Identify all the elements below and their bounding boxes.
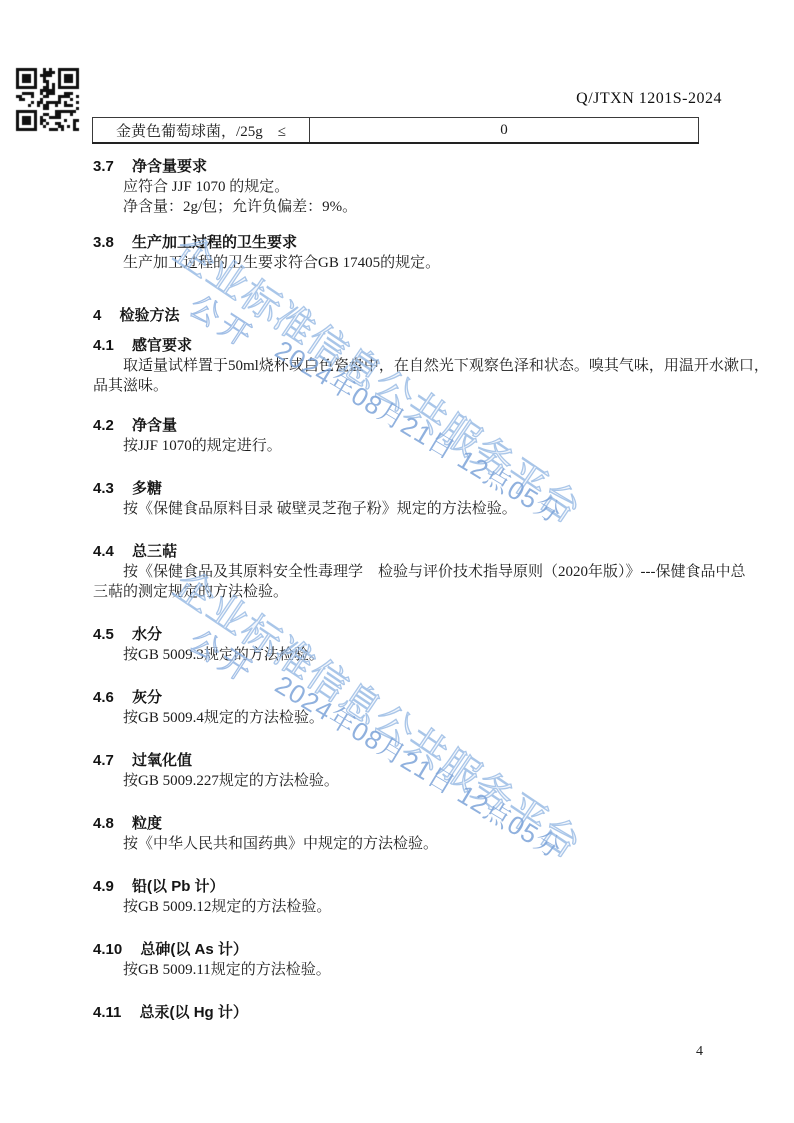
section: 4.5 水分 按GB 5009.3规定的方法检验。 [93,625,753,665]
section: 3.8 生产加工过程的卫生要求 生产加工过程的卫生要求符合GB 17405的规定… [93,233,753,273]
page-number: 4 [696,1044,703,1060]
body-line: 按JJF 1070的规定进行。 [93,436,753,456]
section-title: 净含量要求 [132,157,207,177]
section: 4.3 多糖 按《保健食品原料目录 破壁灵芝孢子粉》规定的方法检验。 [93,479,753,519]
section-number: 4 [93,306,101,326]
section: 4.8 粒度 按《中华人民共和国药典》中规定的方法检验。 [93,814,753,854]
body-line: 按GB 5009.227规定的方法检验。 [93,771,753,791]
section-title: 总汞(以 Hg 计） [140,1003,248,1023]
document-content: 3.7 净含量要求 应符合 JJF 1070 的规定。净含量：2g/包；允许负偏… [93,157,753,1023]
section: 4.1 感官要求 取适量试样置于50ml烧杯或白色瓷盘中，在自然光下观察色泽和状… [93,336,753,396]
section-number: 3.7 [93,157,114,177]
section-heading: 4.8 粒度 [93,814,753,834]
body-line: 按《保健食品原料目录 破壁灵芝孢子粉》规定的方法检验。 [93,499,753,519]
section-heading: 4 检验方法 [93,306,753,326]
section-number: 3.8 [93,233,114,253]
body-line: 生产加工过程的卫生要求符合GB 17405的规定。 [93,253,753,273]
standard-doc-number: Q/JTXN 1201S-2024 [576,90,722,108]
section: 4 检验方法 [93,306,753,326]
section-number: 4.7 [93,751,114,771]
section: 4.6 灰分 按GB 5009.4规定的方法检验。 [93,688,753,728]
section-heading: 4.3 多糖 [93,479,753,499]
spec-table: 金黄色葡萄球菌，/25g ≤0 [92,117,699,144]
section: 4.2 净含量 按JJF 1070的规定进行。 [93,416,753,456]
spec-table-body: 金黄色葡萄球菌，/25g ≤0 [93,118,699,144]
section-title: 检验方法 [120,306,180,326]
section-title: 灰分 [132,688,162,708]
section-heading: 4.4 总三萜 [93,542,753,562]
section-title: 铅(以 Pb 计） [132,877,225,897]
section-heading: 3.8 生产加工过程的卫生要求 [93,233,753,253]
section-number: 4.5 [93,625,114,645]
section-heading: 4.9 铅(以 Pb 计） [93,877,753,897]
table-row: 金黄色葡萄球菌，/25g ≤0 [93,118,699,144]
section-number: 4.11 [93,1003,121,1023]
section: 4.4 总三萜 按《保健食品及其原料安全性毒理学 检验与评价技术指导原则（202… [93,542,753,602]
section-heading: 4.7 过氧化值 [93,751,753,771]
body-line: 按《中华人民共和国药典》中规定的方法检验。 [93,834,753,854]
body-line: 按GB 5009.3规定的方法检验。 [93,645,753,665]
body-line: 三萜的测定规定的方法检验。 [93,582,753,602]
section-number: 4.4 [93,542,114,562]
section-title: 总三萜 [132,542,177,562]
section-number: 4.10 [93,940,122,960]
section-heading: 4.6 灰分 [93,688,753,708]
section-heading: 4.11 总汞(以 Hg 计） [93,1003,753,1023]
section-number: 4.8 [93,814,114,834]
body-line: 按GB 5009.4规定的方法检验。 [93,708,753,728]
body-line: 品其滋味。 [93,376,753,396]
section-title: 生产加工过程的卫生要求 [132,233,297,253]
section-title: 过氧化值 [132,751,192,771]
table-cell-item: 金黄色葡萄球菌，/25g ≤ [93,118,310,144]
section-title: 水分 [132,625,162,645]
body-line: 按《保健食品及其原料安全性毒理学 检验与评价技术指导原则（2020年版）》---… [93,562,753,582]
section-title: 感官要求 [132,336,192,356]
section: 4.9 铅(以 Pb 计） 按GB 5009.12规定的方法检验。 [93,877,753,917]
body-line: 按GB 5009.12规定的方法检验。 [93,897,753,917]
section-number: 4.3 [93,479,114,499]
section: 4.11 总汞(以 Hg 计） [93,1003,753,1023]
document-page: Q/JTXN 1201S-2024 金黄色葡萄球菌，/25g ≤0 3.7 净含… [0,0,794,1123]
section-number: 4.2 [93,416,114,436]
section: 3.7 净含量要求 应符合 JJF 1070 的规定。净含量：2g/包；允许负偏… [93,157,753,217]
section: 4.7 过氧化值 按GB 5009.227规定的方法检验。 [93,751,753,791]
section: 4.10 总砷(以 As 计） 按GB 5009.11规定的方法检验。 [93,940,753,980]
section-title: 总砷(以 As 计） [140,940,248,960]
section-heading: 4.2 净含量 [93,416,753,436]
body-line: 取适量试样置于50ml烧杯或白色瓷盘中，在自然光下观察色泽和状态。嗅其气味，用温… [93,356,753,376]
section-title: 多糖 [132,479,162,499]
section-title: 净含量 [132,416,177,436]
section-heading: 4.5 水分 [93,625,753,645]
body-line: 应符合 JJF 1070 的规定。 [93,177,753,197]
table-cell-value: 0 [310,118,699,144]
section-number: 4.6 [93,688,114,708]
qr-code-icon [14,66,81,133]
body-line: 按GB 5009.11规定的方法检验。 [93,960,753,980]
section-heading: 4.10 总砷(以 As 计） [93,940,753,960]
section-title: 粒度 [132,814,162,834]
section-number: 4.1 [93,336,114,356]
section-heading: 4.1 感官要求 [93,336,753,356]
body-line: 净含量：2g/包；允许负偏差：9%。 [93,197,753,217]
section-heading: 3.7 净含量要求 [93,157,753,177]
section-number: 4.9 [93,877,114,897]
